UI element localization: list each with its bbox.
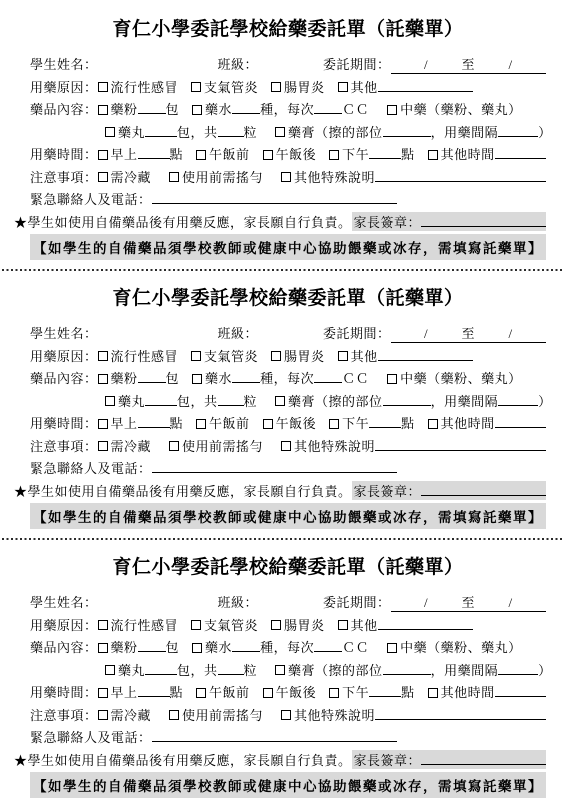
unit-label: 點 (170, 413, 184, 432)
time-label: 用藥時間： (30, 413, 98, 432)
emergency-contact-label: 緊急聯絡人及電話： (30, 458, 152, 477)
reason-option-other: 其他 (338, 77, 378, 96)
emergency-contact-blank (152, 191, 397, 204)
signature-blank (421, 483, 546, 496)
period-blank-line: / 至 / (391, 54, 546, 74)
checkbox-icon (263, 688, 273, 698)
signature-blank (421, 752, 546, 765)
option-label: 藥丸 (118, 660, 145, 679)
form-title: 育仁小學委託學校給藥委託單（託藥單） (30, 552, 546, 579)
checkbox-icon (192, 105, 202, 115)
pill-count-blank (218, 393, 244, 406)
footer-note: 【如學生的自備藥品須學校教師或健康中心協助餵藥或冰存，需填寫託藥單】 (30, 234, 546, 260)
ointment-interval-blank (498, 662, 538, 675)
option-label: 中藥（藥粉、藥丸） (400, 637, 522, 656)
unit-label: ＣＣ (342, 99, 369, 118)
period-blank-line: / 至 / (391, 592, 546, 612)
option-afternoon: 下午 點 (329, 413, 415, 432)
powder-count-blank (138, 639, 166, 652)
ointment-interval-blank (498, 393, 538, 406)
form-title: 育仁小學委託學校給藥委託單（託藥單） (30, 283, 546, 310)
unit-label: 粒 (244, 660, 258, 679)
class-label: 班級： (218, 54, 259, 73)
student-name-label: 學生姓名： (30, 592, 98, 611)
checkbox-icon (387, 374, 397, 384)
period-blank-line: / 至 / (391, 323, 546, 343)
notes-row: 注意事項： 需冷藏 使用前需搖勻 其他特殊說明 (30, 701, 546, 724)
option-label: ） (538, 660, 552, 679)
option-label: 中藥（藥粉、藥丸） (400, 368, 522, 387)
other-notes-blank (375, 707, 546, 720)
reason-row: 用藥原因： 流行性感冒 支氣管炎 腸胃炎 其他 (30, 342, 546, 365)
checkbox-icon (98, 374, 108, 384)
reason-row: 用藥原因： 流行性感冒 支氣管炎 腸胃炎 其他 (30, 611, 546, 634)
student-info-row: 學生姓名： 班級： 委託期間： / 至 / (30, 588, 546, 611)
afternoon-hour-blank (369, 146, 401, 159)
unit-label: 點 (401, 144, 415, 163)
medication-content-row-2: 藥丸 包，共 粒 藥膏（擦的部位 ，用藥間隔 ） (30, 118, 546, 141)
checkbox-icon (338, 620, 348, 630)
option-powder: 藥粉 包 (98, 99, 180, 118)
option-morning: 早上 點 (98, 413, 184, 432)
signature-area: 家長簽章： (352, 481, 546, 500)
other-time-blank (495, 415, 546, 428)
reason-option-flu: 流行性感冒 (98, 615, 179, 634)
checkbox-icon (271, 351, 281, 361)
option-label: 午飯前 (209, 682, 250, 701)
checkbox-icon (191, 620, 201, 630)
option-label: ，用藥間隔 (431, 391, 499, 410)
option-label: 中藥（藥粉、藥丸） (400, 99, 522, 118)
option-label: ，用藥間隔 (431, 660, 499, 679)
liquid-count-blank (232, 370, 260, 383)
option-label: 其他特殊說明 (294, 436, 375, 455)
checkbox-icon (387, 643, 397, 653)
disclaimer-text: ★學生如使用自備藥品後有用藥反應，家長願自行負責。 (14, 212, 352, 231)
afternoon-hour-blank (369, 684, 401, 697)
checkbox-icon (281, 710, 291, 720)
ointment-area-blank (383, 662, 431, 675)
content-label: 藥品內容： (30, 637, 98, 656)
unit-label: 包，共 (177, 391, 218, 410)
checkbox-icon (98, 688, 108, 698)
unit-label: 包，共 (177, 122, 218, 141)
option-before-lunch: 午飯前 (196, 413, 250, 432)
option-powder: 藥粉 包 (98, 637, 180, 656)
checkbox-icon (105, 665, 115, 675)
checkbox-icon (428, 419, 438, 429)
student-name-label: 學生姓名： (30, 54, 98, 73)
checkbox-icon (98, 419, 108, 429)
pill-count-blank (218, 124, 244, 137)
pill-pack-blank (145, 124, 177, 137)
unit-label: 點 (401, 413, 415, 432)
checkbox-icon (329, 419, 339, 429)
liquid-dose-blank (314, 639, 342, 652)
disclaimer-row: ★學生如使用自備藥品後有用藥反應，家長願自行負責。 家長簽章： (14, 208, 546, 231)
pill-count-blank (218, 662, 244, 675)
option-chinese-medicine: 中藥（藥粉、藥丸） (387, 368, 522, 387)
period-to-label: 至 (462, 323, 476, 342)
class-label: 班級： (218, 592, 259, 611)
checkbox-icon (98, 172, 108, 182)
morning-hour-blank (138, 684, 170, 697)
option-label: 需冷藏 (111, 436, 152, 455)
disclaimer-row: ★學生如使用自備藥品後有用藥反應，家長願自行負責。 家長簽章： (14, 746, 546, 769)
option-label: 使用前需搖勻 (182, 436, 263, 455)
emergency-contact-blank (152, 729, 397, 742)
option-label: 其他時間 (441, 682, 495, 701)
checkbox-icon (192, 374, 202, 384)
option-label: 其他 (351, 615, 378, 634)
checkbox-icon (169, 441, 179, 451)
checkbox-icon (428, 688, 438, 698)
option-other-notes: 其他特殊說明 (281, 167, 375, 186)
form-title: 育仁小學委託學校給藥委託單（託藥單） (30, 14, 546, 41)
option-after-lunch: 午飯後 (263, 413, 317, 432)
checkbox-icon (196, 150, 206, 160)
option-refrigerate: 需冷藏 (98, 436, 152, 455)
afternoon-hour-blank (369, 415, 401, 428)
pill-pack-blank (145, 662, 177, 675)
checkbox-icon (191, 82, 201, 92)
period-slash-2: / (508, 595, 512, 611)
checkbox-icon (263, 150, 273, 160)
unit-label: 點 (170, 682, 184, 701)
option-label: 午飯前 (209, 144, 250, 163)
option-label: 其他時間 (441, 413, 495, 432)
checkbox-icon (98, 351, 108, 361)
option-label: 藥膏（擦的部位 (288, 660, 383, 679)
option-shake-before-use: 使用前需搖勻 (169, 436, 263, 455)
option-label: 下午 (342, 682, 369, 701)
reason-option-flu: 流行性感冒 (98, 77, 179, 96)
option-morning: 早上 點 (98, 144, 184, 163)
time-label: 用藥時間： (30, 144, 98, 163)
option-label: 腸胃炎 (284, 346, 325, 365)
unit-label: 種，每次 (260, 368, 314, 387)
unit-label: 粒 (244, 391, 258, 410)
unit-label: 包 (166, 368, 180, 387)
medication-consent-form: 育仁小學委託學校給藥委託單（託藥單） 學生姓名： 班級： 委託期間： / 至 /… (0, 271, 566, 529)
option-pill: 藥丸 包，共 粒 (105, 391, 257, 410)
option-afternoon: 下午 點 (329, 144, 415, 163)
option-label: 藥粉 (111, 99, 138, 118)
content-label: 藥品內容： (30, 99, 98, 118)
option-label: 其他 (351, 77, 378, 96)
option-refrigerate: 需冷藏 (98, 167, 152, 186)
option-ointment: 藥膏（擦的部位 ，用藥間隔 ） (275, 122, 552, 141)
reason-other-blank (378, 348, 473, 361)
reason-other-blank (378, 617, 473, 630)
option-ointment: 藥膏（擦的部位 ，用藥間隔 ） (275, 391, 552, 410)
option-label: 使用前需搖勻 (182, 167, 263, 186)
checkbox-icon (196, 419, 206, 429)
signature-area: 家長簽章： (352, 212, 546, 231)
reason-option-other: 其他 (338, 346, 378, 365)
class-label: 班級： (218, 323, 259, 342)
medication-content-row: 藥品內容： 藥粉 包 藥水 種，每次 ＣＣ 中藥（藥粉、藥丸） (30, 633, 546, 656)
content-label: 藥品內容： (30, 368, 98, 387)
checkbox-icon (275, 396, 285, 406)
option-after-lunch: 午飯後 (263, 682, 317, 701)
period-slash-1: / (424, 595, 428, 611)
powder-count-blank (138, 370, 166, 383)
option-label: 其他 (351, 346, 378, 365)
option-other-notes: 其他特殊說明 (281, 705, 375, 724)
option-label: 腸胃炎 (284, 77, 325, 96)
option-label: 藥丸 (118, 391, 145, 410)
disclaimer-text: ★學生如使用自備藥品後有用藥反應，家長願自行負責。 (14, 750, 352, 769)
checkbox-icon (275, 665, 285, 675)
option-label: 需冷藏 (111, 705, 152, 724)
option-liquid: 藥水 種，每次 ＣＣ (192, 99, 369, 118)
option-label: 需冷藏 (111, 167, 152, 186)
option-label: ，用藥間隔 (431, 122, 499, 141)
signature-blank (421, 214, 546, 227)
checkbox-icon (275, 127, 285, 137)
option-before-lunch: 午飯前 (196, 682, 250, 701)
reason-option-gastroenteritis: 腸胃炎 (271, 77, 325, 96)
emergency-contact-row: 緊急聯絡人及電話： (30, 723, 546, 746)
period-slash-2: / (508, 326, 512, 342)
footer-note: 【如學生的自備藥品須學校教師或健康中心協助餵藥或冰存，需填寫託藥單】 (30, 772, 546, 798)
option-pill: 藥丸 包，共 粒 (105, 660, 257, 679)
checkbox-icon (196, 688, 206, 698)
signature-area: 家長簽章： (352, 750, 546, 769)
emergency-contact-label: 緊急聯絡人及電話： (30, 189, 152, 208)
option-after-lunch: 午飯後 (263, 144, 317, 163)
morning-hour-blank (138, 415, 170, 428)
signature-label: 家長簽章： (354, 750, 422, 769)
unit-label: ＣＣ (342, 637, 369, 656)
student-info-row: 學生姓名： 班級： 委託期間： / 至 / (30, 319, 546, 342)
other-time-blank (495, 684, 546, 697)
medication-content-row: 藥品內容： 藥粉 包 藥水 種，每次 ＣＣ 中藥（藥粉、藥丸） (30, 364, 546, 387)
notes-label: 注意事項： (30, 705, 98, 724)
checkbox-icon (98, 82, 108, 92)
student-info-row: 學生姓名： 班級： 委託期間： / 至 / (30, 50, 546, 73)
option-label: 使用前需搖勻 (182, 705, 263, 724)
reason-label: 用藥原因： (30, 615, 98, 634)
other-time-blank (495, 146, 546, 159)
option-label: 藥水 (205, 637, 232, 656)
checkbox-icon (263, 419, 273, 429)
option-label: 其他特殊說明 (294, 705, 375, 724)
footer-note: 【如學生的自備藥品須學校教師或健康中心協助餵藥或冰存，需填寫託藥單】 (30, 503, 546, 529)
checkbox-icon (271, 620, 281, 630)
option-liquid: 藥水 種，每次 ＣＣ (192, 368, 369, 387)
reason-option-flu: 流行性感冒 (98, 346, 179, 365)
option-before-lunch: 午飯前 (196, 144, 250, 163)
option-label: 午飯後 (276, 682, 317, 701)
option-label: 藥丸 (118, 122, 145, 141)
time-row: 用藥時間： 早上 點 午飯前 午飯後 下午 點 (30, 409, 546, 432)
option-ointment: 藥膏（擦的部位 ，用藥間隔 ） (275, 660, 552, 679)
checkbox-icon (105, 127, 115, 137)
disclaimer-text: ★學生如使用自備藥品後有用藥反應，家長願自行負責。 (14, 481, 352, 500)
time-label: 用藥時間： (30, 682, 98, 701)
option-label: 午飯後 (276, 413, 317, 432)
option-powder: 藥粉 包 (98, 368, 180, 387)
checkbox-icon (191, 351, 201, 361)
notes-label: 注意事項： (30, 167, 98, 186)
option-refrigerate: 需冷藏 (98, 705, 152, 724)
option-chinese-medicine: 中藥（藥粉、藥丸） (387, 637, 522, 656)
notes-row: 注意事項： 需冷藏 使用前需搖勻 其他特殊說明 (30, 163, 546, 186)
powder-count-blank (138, 101, 166, 114)
unit-label: 包 (166, 637, 180, 656)
option-label: 流行性感冒 (111, 346, 179, 365)
ointment-area-blank (383, 124, 431, 137)
option-label: 流行性感冒 (111, 77, 179, 96)
checkbox-icon (98, 643, 108, 653)
option-other-notes: 其他特殊說明 (281, 436, 375, 455)
ointment-area-blank (383, 393, 431, 406)
period-slash-1: / (424, 57, 428, 73)
checkbox-icon (98, 105, 108, 115)
unit-label: ＣＣ (342, 368, 369, 387)
morning-hour-blank (138, 146, 170, 159)
time-row: 用藥時間： 早上 點 午飯前 午飯後 下午 點 (30, 140, 546, 163)
unit-label: 種，每次 (260, 99, 314, 118)
option-label: 腸胃炎 (284, 615, 325, 634)
liquid-dose-blank (314, 101, 342, 114)
time-row: 用藥時間： 早上 點 午飯前 午飯後 下午 點 (30, 678, 546, 701)
option-other-time: 其他時間 (428, 413, 495, 432)
checkbox-icon (98, 620, 108, 630)
period-label: 委託期間： (323, 592, 391, 611)
emergency-contact-blank (152, 460, 397, 473)
period-to-label: 至 (462, 54, 476, 73)
checkbox-icon (338, 82, 348, 92)
option-label: 藥水 (205, 99, 232, 118)
liquid-count-blank (232, 639, 260, 652)
option-liquid: 藥水 種，每次 ＣＣ (192, 637, 369, 656)
checkbox-icon (98, 441, 108, 451)
option-label: 流行性感冒 (111, 615, 179, 634)
period-slash-1: / (424, 326, 428, 342)
option-label: 午飯後 (276, 144, 317, 163)
option-label: 藥水 (205, 368, 232, 387)
checkbox-icon (98, 150, 108, 160)
reason-option-gastroenteritis: 腸胃炎 (271, 346, 325, 365)
period-label: 委託期間： (323, 323, 391, 342)
checkbox-icon (281, 441, 291, 451)
option-label: 藥膏（擦的部位 (288, 122, 383, 141)
unit-label: 粒 (244, 122, 258, 141)
option-label: 午飯前 (209, 413, 250, 432)
period-label: 委託期間： (323, 54, 391, 73)
option-pill: 藥丸 包，共 粒 (105, 122, 257, 141)
period-to-label: 至 (462, 592, 476, 611)
unit-label: 包 (166, 99, 180, 118)
emergency-contact-label: 緊急聯絡人及電話： (30, 727, 152, 746)
checkbox-icon (329, 688, 339, 698)
other-notes-blank (375, 169, 546, 182)
option-morning: 早上 點 (98, 682, 184, 701)
student-name-label: 學生姓名： (30, 323, 98, 342)
option-label: 支氣管炎 (204, 346, 258, 365)
option-other-time: 其他時間 (428, 144, 495, 163)
liquid-count-blank (232, 101, 260, 114)
notes-label: 注意事項： (30, 436, 98, 455)
disclaimer-row: ★學生如使用自備藥品後有用藥反應，家長願自行負責。 家長簽章： (14, 477, 546, 500)
option-label: 藥膏（擦的部位 (288, 391, 383, 410)
option-label: 其他時間 (441, 144, 495, 163)
document-page: 育仁小學委託學校給藥委託單（託藥單） 學生姓名： 班級： 委託期間： / 至 /… (0, 0, 566, 800)
option-afternoon: 下午 點 (329, 682, 415, 701)
option-label: 早上 (111, 144, 138, 163)
emergency-contact-row: 緊急聯絡人及電話： (30, 454, 546, 477)
checkbox-icon (329, 150, 339, 160)
pill-pack-blank (145, 393, 177, 406)
option-label: 支氣管炎 (204, 77, 258, 96)
checkbox-icon (98, 710, 108, 720)
medication-consent-form: 育仁小學委託學校給藥委託單（託藥單） 學生姓名： 班級： 委託期間： / 至 /… (0, 2, 566, 260)
option-label: 早上 (111, 682, 138, 701)
reason-label: 用藥原因： (30, 77, 98, 96)
checkbox-icon (428, 150, 438, 160)
reason-option-other: 其他 (338, 615, 378, 634)
reason-row: 用藥原因： 流行性感冒 支氣管炎 腸胃炎 其他 (30, 73, 546, 96)
other-notes-blank (375, 438, 546, 451)
reason-option-bronchitis: 支氣管炎 (191, 346, 258, 365)
reason-label: 用藥原因： (30, 346, 98, 365)
option-label: 藥粉 (111, 368, 138, 387)
unit-label: 點 (401, 682, 415, 701)
option-label: 其他特殊說明 (294, 167, 375, 186)
medication-content-row-2: 藥丸 包，共 粒 藥膏（擦的部位 ，用藥間隔 ） (30, 656, 546, 679)
unit-label: 種，每次 (260, 637, 314, 656)
option-label: 藥粉 (111, 637, 138, 656)
checkbox-icon (169, 710, 179, 720)
option-chinese-medicine: 中藥（藥粉、藥丸） (387, 99, 522, 118)
medication-content-row: 藥品內容： 藥粉 包 藥水 種，每次 ＣＣ 中藥（藥粉、藥丸） (30, 95, 546, 118)
period-slash-2: / (508, 57, 512, 73)
liquid-dose-blank (314, 370, 342, 383)
checkbox-icon (271, 82, 281, 92)
option-label: 早上 (111, 413, 138, 432)
notes-row: 注意事項： 需冷藏 使用前需搖勻 其他特殊說明 (30, 432, 546, 455)
reason-option-bronchitis: 支氣管炎 (191, 615, 258, 634)
unit-label: 點 (170, 144, 184, 163)
option-label: 下午 (342, 413, 369, 432)
reason-option-bronchitis: 支氣管炎 (191, 77, 258, 96)
signature-label: 家長簽章： (354, 481, 422, 500)
checkbox-icon (338, 351, 348, 361)
checkbox-icon (169, 172, 179, 182)
checkbox-icon (387, 105, 397, 115)
option-label: 支氣管炎 (204, 615, 258, 634)
unit-label: 包，共 (177, 660, 218, 679)
option-shake-before-use: 使用前需搖勻 (169, 705, 263, 724)
option-label: ） (538, 122, 552, 141)
signature-label: 家長簽章： (354, 212, 422, 231)
checkbox-icon (281, 172, 291, 182)
medication-content-row-2: 藥丸 包，共 粒 藥膏（擦的部位 ，用藥間隔 ） (30, 387, 546, 410)
option-shake-before-use: 使用前需搖勻 (169, 167, 263, 186)
checkbox-icon (105, 396, 115, 406)
emergency-contact-row: 緊急聯絡人及電話： (30, 185, 546, 208)
medication-consent-form: 育仁小學委託學校給藥委託單（託藥單） 學生姓名： 班級： 委託期間： / 至 /… (0, 540, 566, 798)
reason-option-gastroenteritis: 腸胃炎 (271, 615, 325, 634)
option-label: ） (538, 391, 552, 410)
option-label: 下午 (342, 144, 369, 163)
checkbox-icon (192, 643, 202, 653)
option-other-time: 其他時間 (428, 682, 495, 701)
ointment-interval-blank (498, 124, 538, 137)
